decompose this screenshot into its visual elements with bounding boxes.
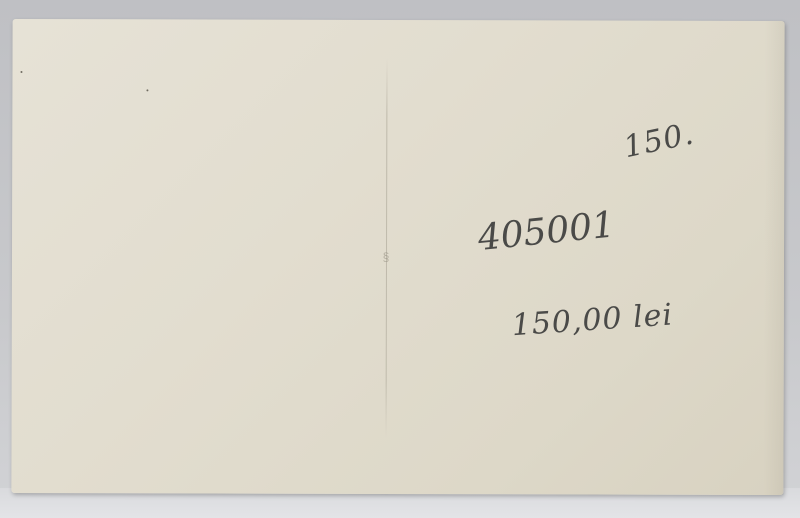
handwritten-price-top: 150. [621, 116, 697, 165]
paper-speck [146, 89, 148, 91]
paper-speck [20, 71, 22, 73]
postcard-back: § 150. 405001 150,00 lei [11, 19, 784, 495]
handwritten-price-lei: 150,00 lei [511, 297, 674, 343]
handwritten-inventory-code: 405001 [476, 204, 617, 259]
divider-ornament-icon: § [379, 242, 393, 272]
